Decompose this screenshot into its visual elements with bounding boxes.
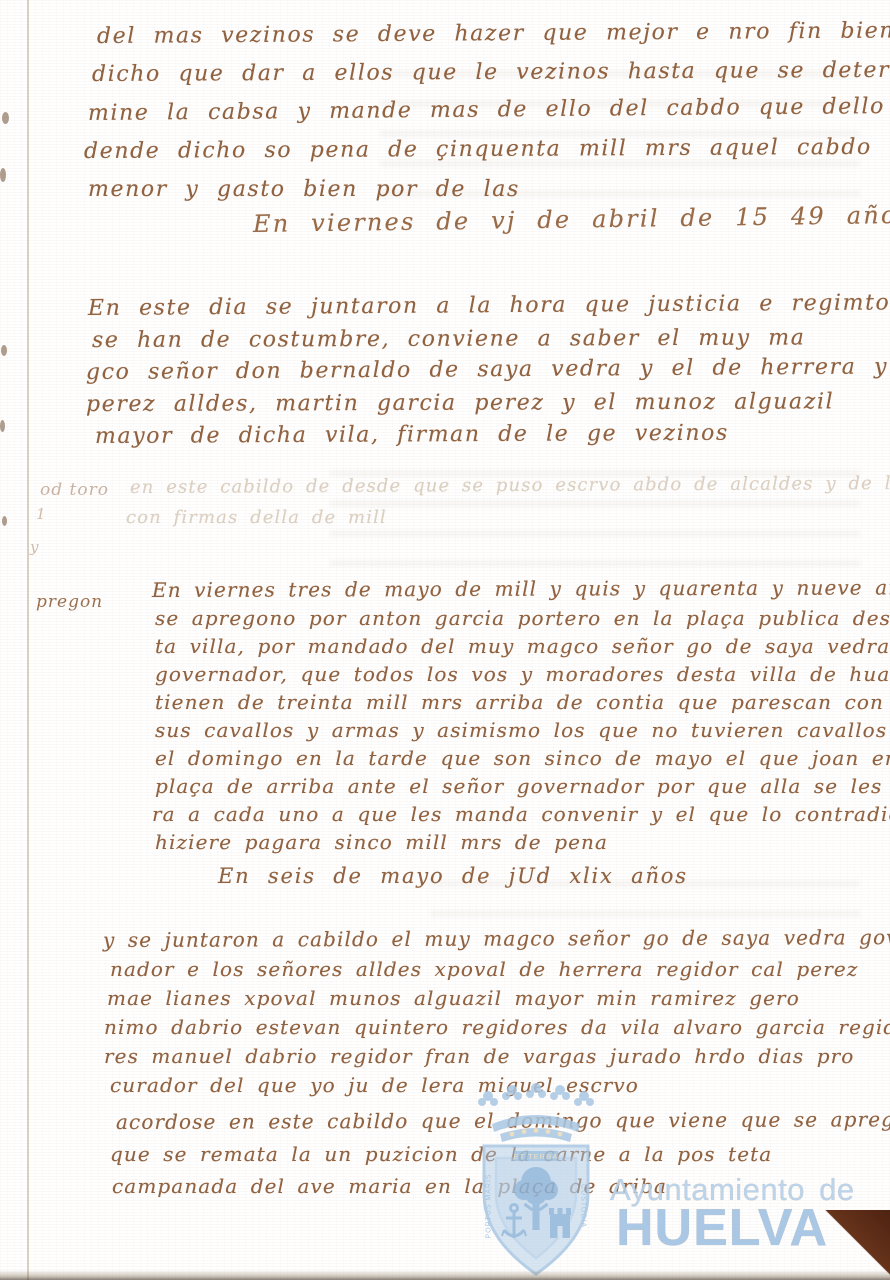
date-heading: En seis de mayo de jUd xlix años <box>218 864 688 888</box>
manuscript-line: perez alldes, martin garcia perez y el m… <box>86 389 834 417</box>
manuscript-line: hiziere pagara sinco mill mrs de pena <box>155 830 608 854</box>
margin-mark: y <box>30 538 38 556</box>
manuscript-line: governador, que todos los vos y moradore… <box>155 662 890 686</box>
manuscript-line: tienen de treinta mill mrs arriba de con… <box>155 690 884 714</box>
manuscript-line: curador del que yo ju de lera miguel esc… <box>110 1073 639 1097</box>
manuscript-line: dicho que dar a ellos que le vezinos has… <box>92 58 890 87</box>
margin-note-toro: od toro <box>40 480 109 500</box>
edge-speck <box>2 516 7 526</box>
manuscript-line-faded: en este cabildo de desde que se puso esc… <box>130 472 890 498</box>
manuscript-line: y se juntaron a cabildo el muy magco señ… <box>103 925 890 952</box>
manuscript-line: nimo dabrio estevan quintero regidores d… <box>104 1015 890 1039</box>
edge-speck <box>1 345 7 356</box>
manuscript-line: res manuel dabrio regidor fran de vargas… <box>104 1044 854 1068</box>
manuscript-page: del mas vezinos se deve hazer que mejor … <box>0 0 890 1280</box>
manuscript-line: gco señor don bernaldo de saya vedra y e… <box>86 354 890 385</box>
watermark-city-text: HUELVA <box>616 1198 828 1258</box>
manuscript-line: se han de costumbre, conviene a saber el… <box>92 326 805 353</box>
manuscript-line: ra a cada uno a que les manda convenir y… <box>152 802 890 826</box>
date-heading: En viernes de vj de abril de 15 49 años <box>253 201 890 238</box>
manuscript-line: ta villa, por mandado del muy magco seño… <box>155 634 890 658</box>
manuscript-line: mae lianes xpoval munos alguazil mayor m… <box>107 986 800 1010</box>
manuscript-line: mayor de dicha vila, firman de le ge vez… <box>95 421 729 449</box>
manuscript-line: nador e los señores alldes xpoval de her… <box>110 957 858 981</box>
manuscript-line: dende dicho so pena de çinquenta mill mr… <box>84 134 890 164</box>
edge-speck <box>2 112 9 124</box>
manuscript-line: acordose en este cabildo que el domingo … <box>116 1107 890 1134</box>
manuscript-line: En viernes tres de mayo de mill y quis y… <box>152 575 890 602</box>
manuscript-line: campanada del ave maria en la plaça de a… <box>112 1174 667 1198</box>
manuscript-line: se apregono por anton garcia portero en … <box>155 606 890 630</box>
manuscript-line: del mas vezinos se deve hazer que mejor … <box>97 18 890 49</box>
margin-mark: 1 <box>36 505 46 523</box>
anchor-icon <box>502 1205 526 1239</box>
manuscript-line: plaça de arriba ante el señor governador… <box>155 774 890 798</box>
tower-icon <box>549 1208 571 1238</box>
manuscript-line: sus cavallos y armas y asimismo los que … <box>155 718 887 742</box>
edge-speck <box>0 420 5 432</box>
page-left-edge <box>27 0 29 1280</box>
edge-speck <box>0 168 6 182</box>
manuscript-line-faded: con firmas della de mill <box>126 507 387 528</box>
binding-corner <box>818 1210 890 1280</box>
manuscript-line: el domingo en la tarde que son sinco de … <box>155 746 890 770</box>
manuscript-line: En este dia se juntaron a la hora que ju… <box>88 290 890 321</box>
manuscript-line: que se remata la un puzicion de la carne… <box>110 1142 772 1166</box>
manuscript-line: mine la cabsa y mande mas de ello del ca… <box>88 93 890 126</box>
manuscript-line: menor y gasto bien por de las <box>88 177 520 202</box>
margin-note-pregon: pregon <box>36 592 103 612</box>
